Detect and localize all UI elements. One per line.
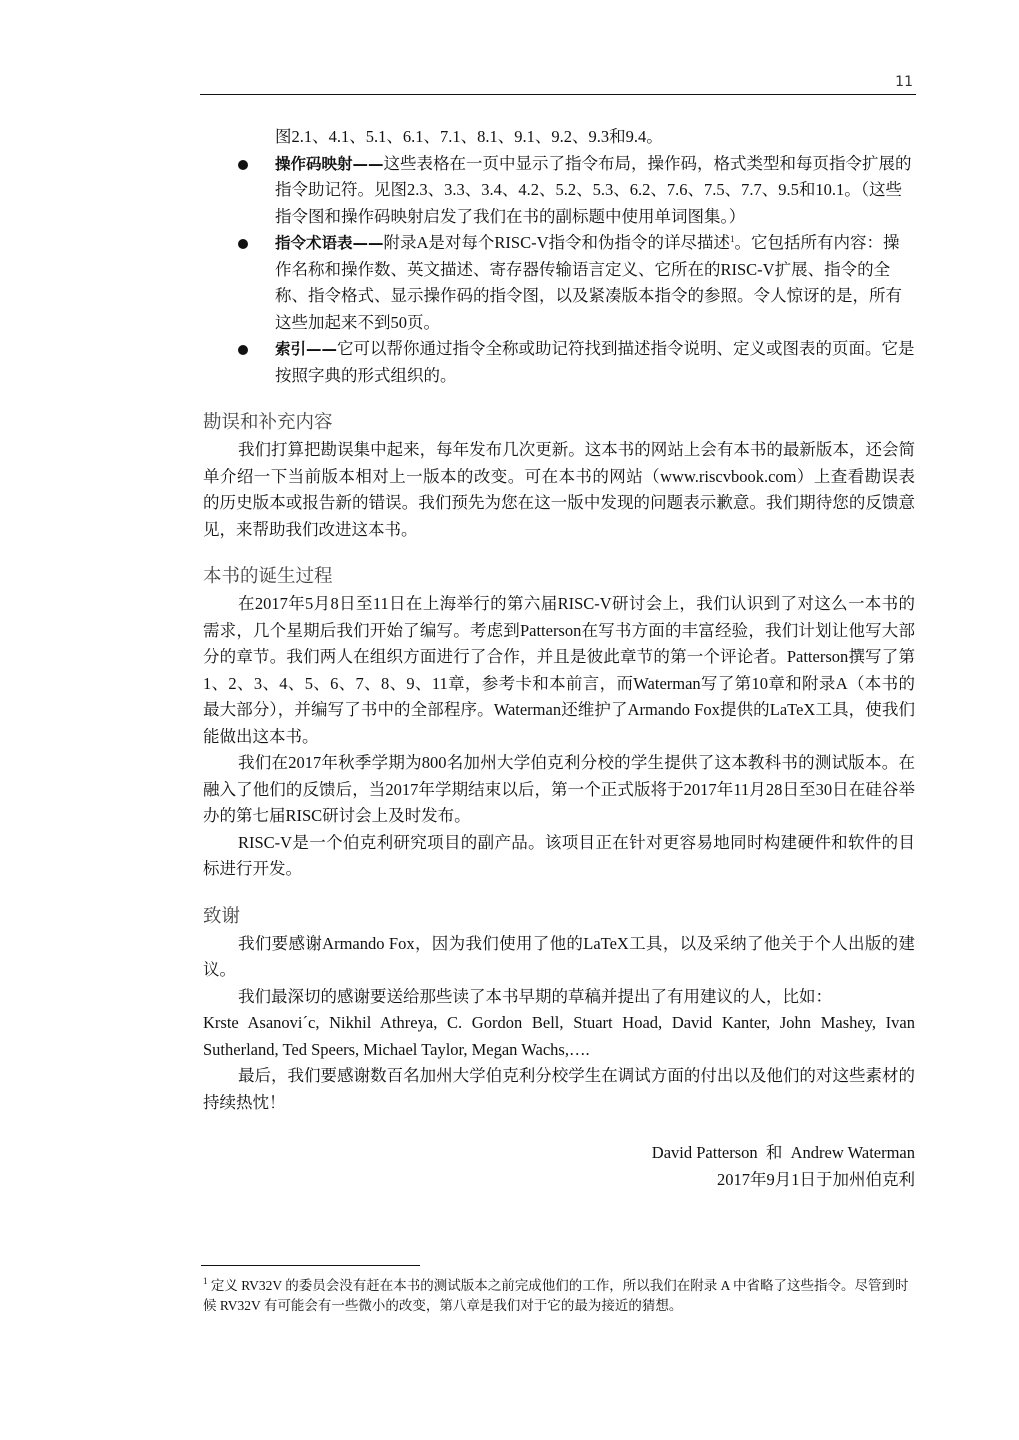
list-item-glossary: 指令术语表——附录A是对每个RISC-V指令和伪指令的详尽描述1。它包括所有内容… [203, 230, 915, 336]
page-body: 图2.1、4.1、5.1、6.1、7.1、8.1、9.1、9.2、9.3和9.4… [203, 124, 915, 1193]
paragraph: 我们在2017年秋季学期为800名加州大学伯克利分校的学生提供了这本教科书的测试… [203, 750, 915, 830]
term-label: 索引—— [275, 340, 337, 358]
term-label: 操作码映射—— [275, 155, 384, 173]
section-acknowledgements: 致谢 我们要感谢Armando Fox，因为我们使用了他的LaTeX工具，以及采… [203, 903, 915, 1117]
section-heading: 致谢 [203, 903, 915, 931]
paragraph: 在2017年5月8日至11日在上海举行的第六届RISC-V研讨会上，我们认识到了… [203, 591, 915, 750]
list-item-opcode-map: 操作码映射——这些表格在一页中显示了指令布局，操作码，格式类型和每页指令扩展的指… [203, 151, 915, 231]
signature-block: David Patterson 和 Andrew Waterman 2017年9… [203, 1140, 915, 1193]
section-errata: 勘误和补充内容 我们打算把勘误集中起来，每年发布几次更新。这本书的网站上会有本书… [203, 409, 915, 543]
footnote-text: 定义 RV32V 的委员会没有赶在本书的测试版本之前完成他们的工作，所以我们在附… [203, 1278, 909, 1313]
bullet-icon [238, 345, 248, 355]
footnote: 1 定义 RV32V 的委员会没有赶在本书的测试版本之前完成他们的工作，所以我们… [203, 1276, 915, 1316]
signature-date-place: 2017年9月1日于加州伯克利 [203, 1167, 915, 1194]
paragraph: 最后，我们要感谢数百名加州大学伯克利分校学生在调试方面的付出以及他们的对这些素材… [203, 1063, 915, 1116]
footnote-rule [201, 1265, 420, 1266]
page-number: 11 [895, 74, 913, 90]
feature-list: 操作码映射——这些表格在一页中显示了指令布局，操作码，格式类型和每页指令扩展的指… [203, 151, 915, 390]
item-text: 它可以帮你通过指令全称或助记符找到描述指令说明、定义或图表的页面。它是按照字典的… [275, 339, 915, 385]
paragraph: 我们最深切的感谢要送给那些读了本书早期的草稿并提出了有用建议的人，比如： [203, 984, 915, 1011]
section-heading: 本书的诞生过程 [203, 563, 915, 591]
paragraph: RISC-V是一个伯克利研究项目的副产品。该项目正在针对更容易地同时构建硬件和软… [203, 830, 915, 883]
item-text: 附录A是对每个RISC-V指令和伪指令的详尽描述 [384, 233, 731, 252]
bullet-icon [238, 239, 248, 249]
footnote-marker: 1 [203, 1276, 208, 1286]
list-item-index: 索引——它可以帮你通过指令全称或助记符找到描述指令说明、定义或图表的页面。它是按… [203, 336, 915, 389]
bullet-icon [238, 160, 248, 170]
intro-continuation: 图2.1、4.1、5.1、6.1、7.1、8.1、9.1、9.2、9.3和9.4… [203, 124, 915, 151]
paragraph: 我们打算把勘误集中起来，每年发布几次更新。这本书的网站上会有本书的最新版本，还会… [203, 437, 915, 543]
section-history: 本书的诞生过程 在2017年5月8日至11日在上海举行的第六届RISC-V研讨会… [203, 563, 915, 883]
paragraph: 我们要感谢Armando Fox，因为我们使用了他的LaTeX工具，以及采纳了他… [203, 931, 915, 984]
header-rule [200, 94, 916, 95]
section-heading: 勘误和补充内容 [203, 409, 915, 437]
reviewer-names: Krste Asanovi´c, Nikhil Athreya, C. Gord… [203, 1010, 915, 1063]
signature-authors: David Patterson 和 Andrew Waterman [203, 1140, 915, 1167]
term-label: 指令术语表—— [275, 234, 384, 252]
